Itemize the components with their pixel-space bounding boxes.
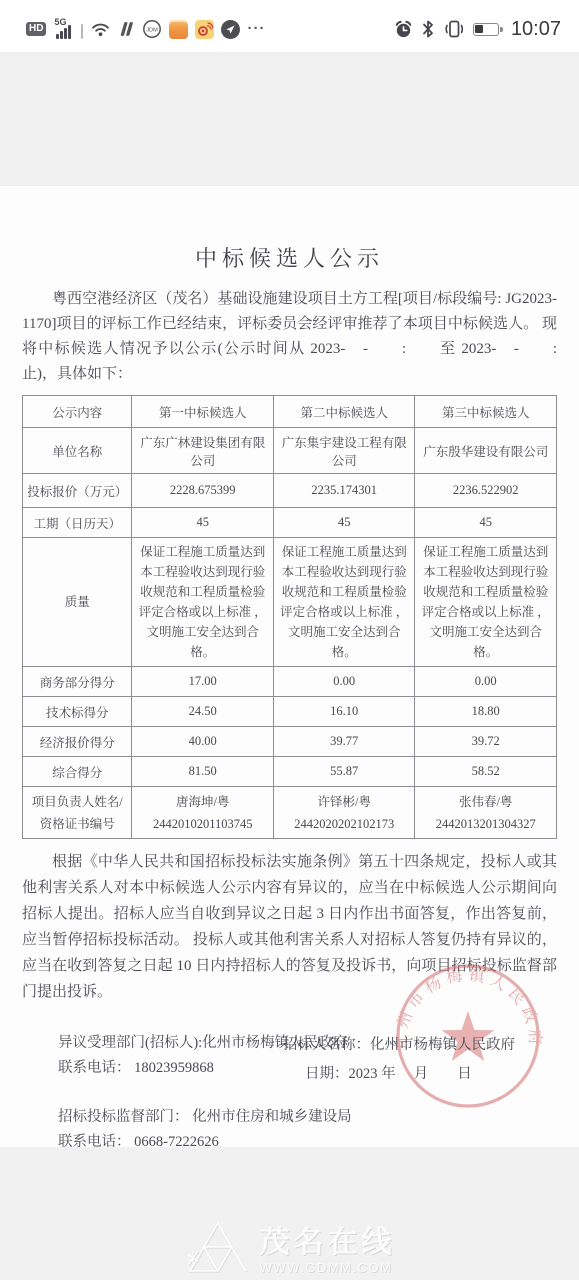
table-row-label: 项目负责人姓名/资格证书编号 (23, 787, 132, 839)
jdm-app-icon: JDM (142, 19, 162, 39)
table-cell: 2235.174301 (273, 474, 415, 508)
table-cell: 81.50 (132, 757, 274, 787)
status-bar-left: HD 5G JDM (26, 19, 265, 40)
table-row: 技术标得分 24.50 16.10 18.80 (23, 697, 557, 727)
document-page[interactable]: 中标候选人公示 粤西空港经济区（茂名）基础设施建设项目土方工程[项目/标段编号:… (0, 186, 579, 1147)
table-cell: 40.00 (132, 727, 274, 757)
table-row: 项目负责人姓名/资格证书编号 唐海坤/粤 2442010201103745 许铎… (23, 787, 557, 839)
table-row-label: 技术标得分 (23, 697, 132, 727)
table-cell: 第一中标候选人 (132, 396, 274, 428)
supervision-phone-line: 联系电话： 0668-7222626 (58, 1130, 579, 1147)
table-cell: 45 (273, 508, 415, 538)
table-cell: 39.77 (273, 727, 415, 757)
signal-bars-icon (56, 25, 71, 39)
status-bar: HD 5G JDM (0, 0, 579, 52)
table-cell: 16.10 (273, 697, 415, 727)
table-cell: 0.00 (415, 667, 557, 697)
intro-paragraph: 粤西空港经济区（茂名）基础设施建设项目土方工程[项目/标段编号: JG2023-… (22, 287, 557, 387)
table-cell: 24.50 (132, 697, 274, 727)
candidates-table: 公示内容 第一中标候选人 第二中标候选人 第三中标候选人 单位名称 广东广林建设… (22, 395, 557, 839)
cert-number: 2442020202102173 (277, 813, 412, 835)
site-watermark: 茂名在线 WWW.GDMM.COM (184, 1217, 396, 1275)
signal-sim2-icon (81, 24, 83, 39)
table-cell: 18.80 (415, 697, 557, 727)
table-row-label: 商务部分得分 (23, 667, 132, 697)
clock-time: 10:07 (511, 18, 561, 41)
table-cell: 39.72 (415, 727, 557, 757)
send-app-icon (221, 20, 240, 39)
more-icons-ellipsis: ··· (247, 24, 265, 34)
alarm-icon (393, 19, 414, 40)
manager-name: 唐海坤/粤 (135, 791, 270, 813)
manager-name: 张伟春/粤 (418, 791, 553, 813)
watermark-text: 茂名在线 WWW.GDMM.COM (260, 1228, 396, 1275)
battery-icon (473, 23, 499, 36)
table-cell: 45 (415, 508, 557, 538)
table-cell: 广东广林建设集团有限公司 (132, 428, 274, 474)
table-cell: 第二中标候选人 (273, 396, 415, 428)
table-row: 质量 保证工程施工质量达到本工程验收达到现行验收规范和工程质量检验评定合格或以上… (23, 538, 557, 667)
manager-name: 许铎彬/粤 (277, 791, 412, 813)
table-cell: 保证工程施工质量达到本工程验收达到现行验收规范和工程质量检验评定合格或以上标准 … (273, 538, 415, 667)
table-row-label: 投标报价（万元） (23, 474, 132, 508)
table-row-label: 质量 (23, 538, 132, 667)
table-row: 投标报价（万元） 2228.675399 2235.174301 2236.52… (23, 474, 557, 508)
site-name: 茂名在线 (260, 1228, 396, 1258)
table-cell: 55.87 (273, 757, 415, 787)
gdmm-logo-icon (184, 1217, 250, 1275)
table-cell: 广东集宇建设工程有限公司 (273, 428, 415, 474)
table-cell: 第三中标候选人 (415, 396, 557, 428)
scan-margin-top (0, 52, 579, 186)
table-cell: 保证工程施工质量达到本工程验收达到现行验收规范和工程质量检验评定合格或以上标准 … (415, 538, 557, 667)
weibo-app-icon (195, 20, 214, 39)
table-cell: 58.52 (415, 757, 557, 787)
orange-app-icon (169, 20, 188, 39)
table-cell: 张伟春/粤 2442013201304327 (415, 787, 557, 839)
table-row-label: 单位名称 (23, 428, 132, 474)
site-url: WWW.GDMM.COM (260, 1260, 396, 1275)
table-row-label: 公示内容 (23, 396, 132, 428)
table-row: 公示内容 第一中标候选人 第二中标候选人 第三中标候选人 (23, 396, 557, 428)
vibrate-icon (442, 19, 466, 39)
date-line: 日期：2023 年 月 日 (305, 1067, 515, 1082)
cert-number: 2442010201103745 (135, 813, 270, 835)
status-bar-right: 10:07 (393, 18, 561, 41)
table-cell: 2236.522902 (415, 474, 557, 508)
table-cell: 0.00 (273, 667, 415, 697)
table-row: 经济报价得分 40.00 39.77 39.72 (23, 727, 557, 757)
cellular-signal-icon: 5G (53, 19, 83, 40)
bluetooth-icon (421, 19, 435, 39)
table-row: 综合得分 81.50 55.87 58.52 (23, 757, 557, 787)
table-cell: 45 (132, 508, 274, 538)
scan-margin-bottom: 茂名在线 WWW.GDMM.COM (0, 1147, 579, 1280)
supervision-dept-line: 招标投标监督部门： 化州市住房和城乡建设局 (58, 1105, 579, 1130)
signature-block: 招标人名称：化州市杨梅镇人民政府 日期：2023 年 月 日 (283, 1038, 515, 1082)
legal-paragraph: 根据《中华人民共和国招标投标法实施条例》第五十四条规定，投标人或其他利害关系人对… (22, 849, 557, 1005)
wifi-icon (90, 20, 111, 38)
table-row: 单位名称 广东广林建设集团有限公司 广东集宇建设工程有限公司 广东殷华建设有限公… (23, 428, 557, 474)
table-row: 商务部分得分 17.00 0.00 0.00 (23, 667, 557, 697)
table-cell: 2228.675399 (132, 474, 274, 508)
hd-call-slashes-icon (118, 20, 135, 38)
page-title: 中标候选人公示 (0, 242, 579, 273)
svg-text:JDM: JDM (147, 27, 159, 33)
table-cell: 广东殷华建设有限公司 (415, 428, 557, 474)
table-row-label: 工期（日历天） (23, 508, 132, 538)
table-row-label: 综合得分 (23, 757, 132, 787)
cert-number: 2442013201304327 (418, 813, 553, 835)
table-cell: 保证工程施工质量达到本工程验收达到现行验收规范和工程质量检验评定合格或以上标准 … (132, 538, 274, 667)
table-row-label: 经济报价得分 (23, 727, 132, 757)
table-row: 工期（日历天） 45 45 45 (23, 508, 557, 538)
table-cell: 许铎彬/粤 2442020202102173 (273, 787, 415, 839)
tenderer-name-line: 招标人名称：化州市杨梅镇人民政府 (283, 1038, 515, 1053)
table-cell: 17.00 (132, 667, 274, 697)
table-cell: 唐海坤/粤 2442010201103745 (132, 787, 274, 839)
hd-voice-icon: HD (26, 22, 46, 36)
